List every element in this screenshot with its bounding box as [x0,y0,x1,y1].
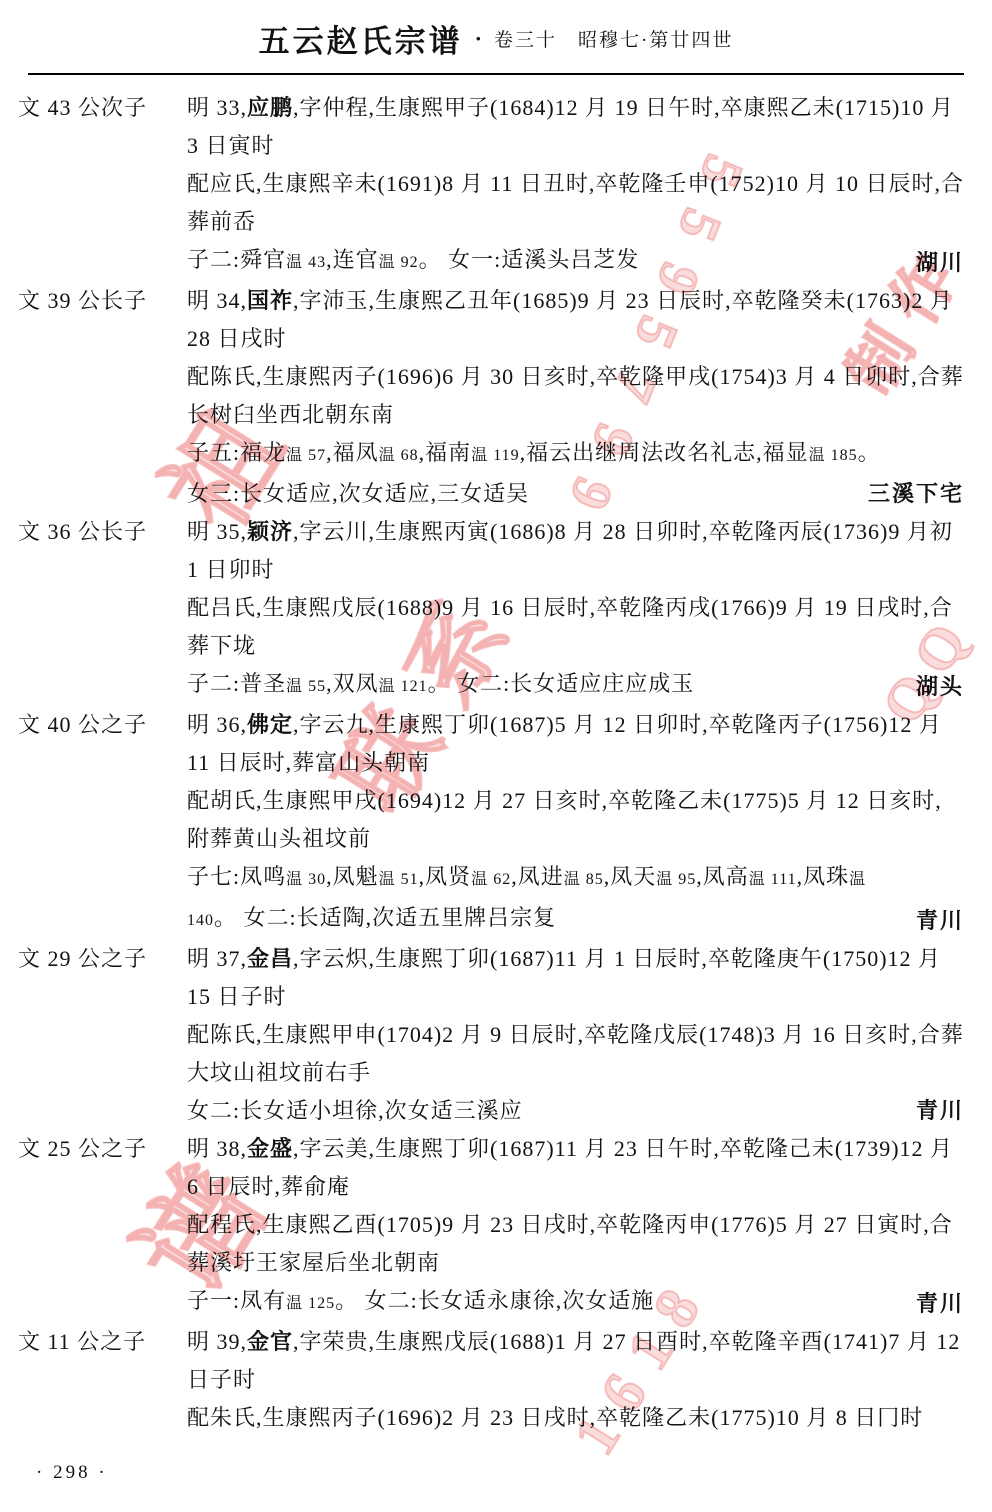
entry-text: 配应氏,生康熙辛未(1691)8 月 11 日丑时,卒乾隆壬申(1752)10 … [187,165,964,241]
residence-place: 三溪下宅 [868,475,964,513]
entry-text-block: 配程氏,生康熙乙酉(1705)9 月 23 日戌时,卒乾隆丙申(1776)5 月… [187,1206,964,1282]
entry-text: 子二:普圣温 55,双凤温 121。 女二:长女适应庄应成玉 [187,665,902,706]
entry-text: 明 38,金盛,字云美,生康熙丁卯(1687)11 月 23 日午时,卒乾隆己未… [187,1130,964,1206]
lineage-number: 温 62 [471,871,511,888]
lineage-number: 温 95 [656,871,696,888]
entry-text: 明 35,颖济,字云川,生康熙丙寅(1686)8 月 28 日卯时,卒乾隆丙辰(… [187,513,964,589]
entry-text: 配朱氏,生康熙丙子(1696)2 月 23 日戌时,卒乾隆乙未(1775)10 … [187,1399,964,1437]
entry-text: 子二:舜官温 43,连官温 92。 女一:适溪头吕芝发 [187,241,902,282]
entry-text-block: 女三:长女适应,次女适应,三女适吴三溪下宅 [187,475,964,513]
entry-text-block: 子二:普圣温 55,双凤温 121。 女二:长女适应庄应成玉湖头 [187,665,964,706]
entry-text-block: 配陈氏,生康熙甲申(1704)2 月 9 日辰时,卒乾隆戊辰(1748)3 月 … [187,1016,964,1092]
entry-text-block: 明 36,佛定,字云九,生康熙丁卯(1687)5 月 12 日卯时,卒乾隆丙子(… [187,706,964,782]
person-name: 应鹏 [247,95,293,120]
residence-place: 湖川 [916,244,964,282]
residence-place: 青川 [916,902,964,940]
volume-subtitle: 卷三十 昭穆七·第廿四世 [494,30,733,51]
entry-relation-label: 文 39 公长子 [0,282,187,320]
entry-text-block: 配应氏,生康熙辛未(1691)8 月 11 日丑时,卒乾隆壬申(1752)10 … [187,165,964,241]
entry-text: 明 36,佛定,字云九,生康熙丁卯(1687)5 月 12 日卯时,卒乾隆丙子(… [187,706,964,782]
entry-body: 明 39,金官,字荣贵,生康熙戊辰(1688)1 月 27 日酉时,卒乾隆辛酉(… [187,1323,992,1437]
entry-relation-label: 文 29 公之子 [0,940,187,978]
person-name: 金盛 [247,1136,293,1161]
lineage-number: 温 92 [379,254,419,271]
entry-text-block: 配胡氏,生康熙甲戌(1694)12 月 27 日亥时,卒乾隆乙未(1775)5 … [187,782,964,858]
lineage-number: 温 125 [286,1295,335,1312]
residence-place: 青川 [916,1092,964,1130]
residence-place: 湖头 [916,668,964,706]
entry-text-block: 明 35,颖济,字云川,生康熙丙寅(1686)8 月 28 日卯时,卒乾隆丙辰(… [187,513,964,589]
genealogy-entry: 文 40 公之子明 36,佛定,字云九,生康熙丁卯(1687)5 月 12 日卯… [0,706,992,940]
lineage-number: 温 68 [379,447,419,464]
residence-place: 青川 [916,1285,964,1323]
lineage-number: 温 85 [564,871,604,888]
entry-text: 配胡氏,生康熙甲戌(1694)12 月 27 日亥时,卒乾隆乙未(1775)5 … [187,782,964,858]
genealogy-entry: 文 43 公次子明 33,应鹏,字仲程,生康熙甲子(1684)12 月 19 日… [0,89,992,282]
person-name: 颖济 [247,519,293,544]
entry-text: 子一:凤有温 125。 女二:长女适永康徐,次女适施 [187,1282,902,1323]
entry-text-block: 子七:凤鸣温 30,凤魁温 51,凤贤温 62,凤进温 85,凤天温 95,凤高… [187,858,964,940]
entry-text-block: 配吕氏,生康熙戊辰(1688)9 月 16 日辰时,卒乾隆丙戌(1766)9 月… [187,589,964,665]
person-name: 金官 [247,1329,293,1354]
entry-text: 女二:长女适小坦徐,次女适三溪应 [187,1092,902,1130]
person-name: 佛定 [247,712,293,737]
lineage-number: 温 185 [809,447,858,464]
genealogy-entry: 文 39 公长子明 34,国祚,字沛玉,生康熙乙丑年(1685)9 月 23 日… [0,282,992,513]
lineage-number: 温 55 [286,678,326,695]
entry-relation-label: 文 40 公之子 [0,706,187,744]
header-rule [28,73,964,75]
entry-text-block: 明 38,金盛,字云美,生康熙丁卯(1687)11 月 23 日午时,卒乾隆己未… [187,1130,964,1206]
entry-relation-label: 文 43 公次子 [0,89,187,127]
entry-body: 明 34,国祚,字沛玉,生康熙乙丑年(1685)9 月 23 日辰时,卒乾隆癸未… [187,282,992,513]
entry-relation-label: 文 36 公长子 [0,513,187,551]
lineage-number: 温 121 [379,678,428,695]
entry-body: 明 36,佛定,字云九,生康熙丁卯(1687)5 月 12 日卯时,卒乾隆丙子(… [187,706,992,940]
entry-text: 子七:凤鸣温 30,凤魁温 51,凤贤温 62,凤进温 85,凤天温 95,凤高… [187,858,902,940]
person-name: 国祚 [247,288,293,313]
genealogy-entry: 文 25 公之子明 38,金盛,字云美,生康熙丁卯(1687)11 月 23 日… [0,1130,992,1323]
page-header: 五云赵氏宗谱 · 卷三十 昭穆七·第廿四世 [0,0,992,61]
lineage-number: 温 111 [749,871,797,888]
entry-body: 明 37,金昌,字云炽,生康熙丁卯(1687)11 月 1 日辰时,卒乾隆庚午(… [187,940,992,1130]
entry-text: 配吕氏,生康熙戊辰(1688)9 月 16 日辰时,卒乾隆丙戌(1766)9 月… [187,589,964,665]
entry-text-block: 明 39,金官,字荣贵,生康熙戊辰(1688)1 月 27 日酉时,卒乾隆辛酉(… [187,1323,964,1399]
entry-body: 明 33,应鹏,字仲程,生康熙甲子(1684)12 月 19 日午时,卒康熙乙未… [187,89,992,282]
entry-text: 配陈氏,生康熙丙子(1696)6 月 30 日亥时,卒乾隆甲戌(1754)3 月… [187,358,964,434]
lineage-number: 温 51 [379,871,419,888]
entry-text: 明 33,应鹏,字仲程,生康熙甲子(1684)12 月 19 日午时,卒康熙乙未… [187,89,964,165]
entry-text-block: 明 34,国祚,字沛玉,生康熙乙丑年(1685)9 月 23 日辰时,卒乾隆癸未… [187,282,964,358]
entry-text: 配陈氏,生康熙甲申(1704)2 月 9 日辰时,卒乾隆戊辰(1748)3 月 … [187,1016,964,1092]
entry-text-block: 子五:福龙温 57,福凤温 68,福南温 119,福云出继周法改名礼志,福显温 … [187,434,964,475]
genealogy-entries: 文 43 公次子明 33,应鹏,字仲程,生康熙甲子(1684)12 月 19 日… [0,89,992,1437]
genealogy-entry: 文 11 公之子明 39,金官,字荣贵,生康熙戊辰(1688)1 月 27 日酉… [0,1323,992,1437]
person-name: 金昌 [247,946,293,971]
entry-text: 子五:福龙温 57,福凤温 68,福南温 119,福云出继周法改名礼志,福显温 … [187,434,964,475]
genealogy-entry: 文 29 公之子明 37,金昌,字云炽,生康熙丁卯(1687)11 月 1 日辰… [0,940,992,1130]
entry-body: 明 35,颖济,字云川,生康熙丙寅(1686)8 月 28 日卯时,卒乾隆丙辰(… [187,513,992,706]
title-separator: · [475,26,482,51]
entry-text: 明 39,金官,字荣贵,生康熙戊辰(1688)1 月 27 日酉时,卒乾隆辛酉(… [187,1323,964,1399]
entry-text: 女三:长女适应,次女适应,三女适吴 [187,475,854,513]
entry-relation-label: 文 11 公之子 [0,1323,187,1361]
page-number: · 298 · [36,1462,108,1484]
entry-text-block: 明 37,金昌,字云炽,生康熙丁卯(1687)11 月 1 日辰时,卒乾隆庚午(… [187,940,964,1016]
lineage-number: 温 57 [286,447,326,464]
entry-text-block: 明 33,应鹏,字仲程,生康熙甲子(1684)12 月 19 日午时,卒康熙乙未… [187,89,964,165]
lineage-number: 温 43 [286,254,326,271]
entry-relation-label: 文 25 公之子 [0,1130,187,1168]
entry-text-block: 子一:凤有温 125。 女二:长女适永康徐,次女适施青川 [187,1282,964,1323]
entry-text-block: 配陈氏,生康熙丙子(1696)6 月 30 日亥时,卒乾隆甲戌(1754)3 月… [187,358,964,434]
entry-text: 明 37,金昌,字云炽,生康熙丁卯(1687)11 月 1 日辰时,卒乾隆庚午(… [187,940,964,1016]
lineage-number: 温 119 [471,447,519,464]
entry-body: 明 38,金盛,字云美,生康熙丁卯(1687)11 月 23 日午时,卒乾隆己未… [187,1130,992,1323]
entry-text-block: 配朱氏,生康熙丙子(1696)2 月 23 日戌时,卒乾隆乙未(1775)10 … [187,1399,964,1437]
entry-text: 明 34,国祚,字沛玉,生康熙乙丑年(1685)9 月 23 日辰时,卒乾隆癸未… [187,282,964,358]
genealogy-title: 五云赵氏宗谱 [259,24,463,59]
lineage-number: 温 30 [286,871,326,888]
entry-text: 配程氏,生康熙乙酉(1705)9 月 23 日戌时,卒乾隆丙申(1776)5 月… [187,1206,964,1282]
entry-text-block: 女二:长女适小坦徐,次女适三溪应青川 [187,1092,964,1130]
genealogy-entry: 文 36 公长子明 35,颖济,字云川,生康熙丙寅(1686)8 月 28 日卯… [0,513,992,706]
entry-text-block: 子二:舜官温 43,连官温 92。 女一:适溪头吕芝发湖川 [187,241,964,282]
